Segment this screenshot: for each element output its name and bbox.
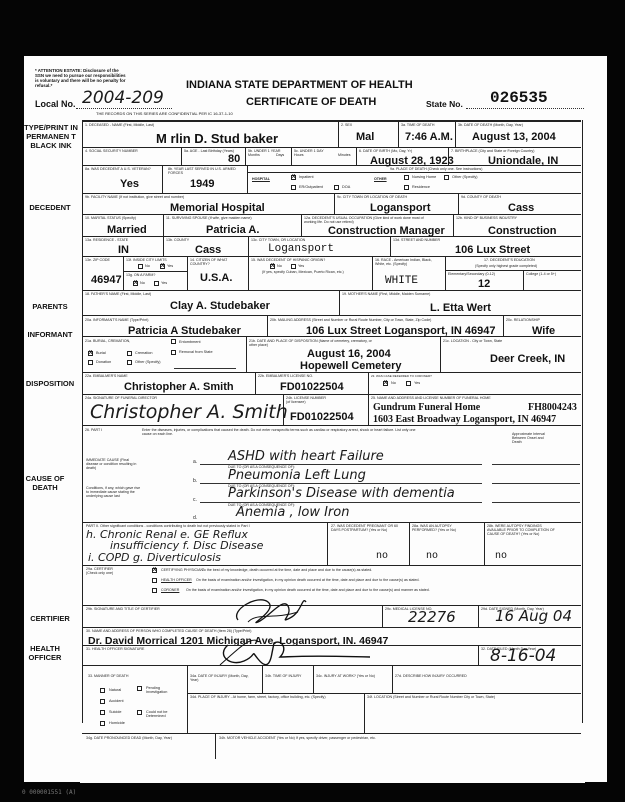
industry-label: 12b. KIND OF BUSINESS INDUSTRY xyxy=(456,216,517,220)
funeral-director-signature: Christopher A. Smith xyxy=(90,401,288,423)
homicide-label: Homicide xyxy=(109,721,125,725)
nursing-home-label: Nursing Home xyxy=(412,175,436,179)
inpatient-checkbox[interactable] xyxy=(291,175,296,180)
hispanic-note: (If yes, specify Cuban, Mexican, Puerto … xyxy=(262,270,362,274)
removal-label: Removal from State xyxy=(179,350,213,354)
part2-line-3: i. COPD g. Diverticulosis xyxy=(88,551,221,564)
cause-c: Parkinson's Disease with dementia xyxy=(228,486,455,501)
months-label: Months xyxy=(248,153,260,157)
suicide-checkbox[interactable] xyxy=(100,710,105,715)
veteran-label: 8a. WAS DECEDENT A U.S. VETERAN? xyxy=(85,167,155,171)
hospital-label: HOSPITAL xyxy=(252,177,270,181)
disposition-date-place-label: 21b. DATE AND PLACE OF DISPOSITION (Name… xyxy=(249,339,379,347)
row-divider xyxy=(82,733,581,734)
certificate-title: CERTIFICATE OF DEATH xyxy=(246,96,376,108)
col-divider xyxy=(382,605,383,627)
homicide-checkbox[interactable] xyxy=(100,721,105,726)
certifier-label: 29a. CERTIFIER (Check only one) xyxy=(86,567,116,575)
funeral-home-address: 1603 East Broadway Logansport, IN 46947 xyxy=(373,414,556,425)
side-label-health-officer: HEALTH OFFICER xyxy=(20,644,70,662)
col-divider xyxy=(163,214,164,236)
col-divider xyxy=(181,147,182,165)
disposition-location-label: 21c. LOCATION - City or Town, State xyxy=(443,339,502,343)
residence-checkbox[interactable] xyxy=(404,185,409,190)
referred-no-checkbox[interactable] xyxy=(383,381,388,386)
farm-no-label: No xyxy=(140,281,145,285)
burial-checkbox[interactable] xyxy=(88,351,93,356)
informant-name-label: 20a. INFORMANT'S NAME (Type/Print) xyxy=(85,318,148,322)
funeral-home-license: FH8004243 xyxy=(528,402,577,413)
col-divider xyxy=(364,693,365,733)
cause-c-letter: c. xyxy=(193,498,197,502)
health-officer-checkbox[interactable] xyxy=(152,578,157,583)
interval-c-line xyxy=(492,502,580,503)
farm-no-checkbox[interactable] xyxy=(133,281,138,286)
disposition-date: August 16, 2004 xyxy=(307,348,391,360)
row-divider xyxy=(82,193,581,194)
on-farm-label: 13g. ON A FARM? xyxy=(126,273,155,277)
hispanic-label: 15. WAS DECEDENT OF HISPANIC ORIGIN? xyxy=(251,258,325,262)
col-divider xyxy=(458,193,459,214)
accident-label: Accident xyxy=(109,699,124,703)
time-of-death-label: 3a. TIME OF DEATH xyxy=(401,123,434,127)
college-label: College (1-4 or 5+) xyxy=(526,272,556,276)
citizen-value: U.S.A. xyxy=(200,272,232,284)
col-divider xyxy=(356,147,357,165)
row-divider xyxy=(82,565,581,566)
row-divider xyxy=(187,693,581,694)
suicide-label: Suicide xyxy=(109,710,121,714)
col-divider xyxy=(215,733,216,759)
city-of-death-label: 9c. CITY TOWN OR LOCATION OF DEATH xyxy=(337,195,407,199)
donation-checkbox[interactable] xyxy=(88,360,93,365)
col-divider xyxy=(301,214,302,236)
cause-a: ASHD with heart Failure xyxy=(228,449,384,464)
residence-county: Cass xyxy=(195,244,221,256)
informant-name: Patricia A Studebaker xyxy=(128,325,241,337)
farm-yes-checkbox[interactable] xyxy=(154,281,159,286)
director-license: FD01022504 xyxy=(290,411,354,423)
cause-d: Anemia , low Iron xyxy=(236,505,349,520)
part1-label: 26. PART I xyxy=(85,428,102,432)
birthplace-value: Uniondale, IN xyxy=(488,155,558,167)
embalmer-name: Christopher A. Smith xyxy=(124,381,234,393)
row-divider xyxy=(82,627,581,628)
col-divider xyxy=(334,193,335,214)
facility-label: 9b. FACILITY NAME (If not institution, g… xyxy=(85,195,184,199)
doa-label: DOA xyxy=(342,185,350,189)
residence-city-label: 13c. CITY TOWN, OR LOCATION xyxy=(251,238,305,242)
residence-street: 106 Lux Street xyxy=(455,244,530,256)
removal-checkbox[interactable] xyxy=(171,350,176,355)
side-label-cause: CAUSE OF DEATH xyxy=(20,474,70,492)
er-outpatient-checkbox[interactable] xyxy=(291,185,296,190)
elementary-label: Elementary/Secondary (0-12) xyxy=(448,272,495,276)
autopsy-label: 28a. WAS AN AUTOPSY PERFORMED? (Yes or N… xyxy=(412,524,472,532)
row-divider xyxy=(82,394,581,395)
col-divider xyxy=(503,315,504,336)
surviving-spouse: Patricia A. xyxy=(206,224,259,236)
col-divider xyxy=(478,605,479,627)
place-of-injury-label: 34d. PLACE OF INJURY - At home, farm, st… xyxy=(190,695,340,699)
city-limits-no-checkbox[interactable] xyxy=(138,264,143,269)
other-place-label: OTHER xyxy=(374,177,387,181)
age-value: 80 xyxy=(228,153,240,165)
dob-label: 6. DATE OF BIRTH (Mo, Day, Yr) xyxy=(359,149,412,153)
injury-location-label: 34f. LOCATION (Street and Number or Rura… xyxy=(367,695,495,699)
residence-city: Logansport xyxy=(268,243,334,255)
residence-county-label: 13b. COUNTY xyxy=(166,238,189,242)
occupation: Construction Manager xyxy=(328,225,445,237)
health-officer-signature xyxy=(210,635,375,669)
local-no-line xyxy=(76,108,172,109)
col-divider xyxy=(187,256,188,290)
deceased-name: M rlin D. Stud baker xyxy=(156,131,278,146)
health-officer-signature-label: 31. HEALTH OFFICER SIGNATURE xyxy=(86,647,144,651)
city-limits-yes-label: Yes xyxy=(167,264,173,268)
col-divider xyxy=(246,336,247,372)
col-divider xyxy=(440,336,441,372)
col-divider xyxy=(484,522,485,565)
disposition-location: Deer Creek, IN xyxy=(490,353,565,365)
referred-no-label: No xyxy=(391,381,396,385)
age-label: 5a. AGE - Last Birthday (Years) xyxy=(184,149,234,153)
row-divider xyxy=(82,605,581,606)
surviving-spouse-label: 11. SURVIVING SPOUSE (If wife, give maid… xyxy=(166,216,252,220)
certifier-signature-label: 29b. SIGNATURE AND TITLE OF CERTIFIER xyxy=(86,607,160,611)
side-label-decedent: DECEDENT xyxy=(20,203,80,212)
hispanic-yes-label: Yes xyxy=(298,264,304,268)
col-divider xyxy=(267,315,268,336)
row-divider xyxy=(82,290,581,291)
sex-label: 2. SEX xyxy=(341,123,352,127)
col-divider xyxy=(523,270,524,290)
race-label: 16. RACE - American Indian, Black, White… xyxy=(375,258,440,266)
date-of-death-label: 3b. DATE OF DEATH (Month, Day, Year) xyxy=(458,123,523,127)
state-no-line xyxy=(466,108,584,109)
col-divider xyxy=(162,165,163,193)
col-divider xyxy=(455,120,456,147)
conditions-label: Conditions, if any, which gave rise to i… xyxy=(86,486,141,499)
cause-b: Pneumonia Left Lung xyxy=(228,468,366,483)
sex-value: Mal xyxy=(356,131,374,143)
attention-notice: * ATTENTION ESTATE: Disclosure of the SS… xyxy=(35,68,127,88)
embalmer-license: FD01022504 xyxy=(280,381,344,393)
col-divider xyxy=(255,372,256,394)
health-officer-text: On the basis of examination and/or inves… xyxy=(196,578,420,582)
col-divider xyxy=(445,256,446,290)
health-officer-label: HEALTH OFFICER xyxy=(161,578,192,582)
education-label: 17. DECEDENT'S EDUCATION xyxy=(484,258,535,262)
immediate-cause-label: IMMEDIATE CAUSE (Final disease or condit… xyxy=(86,458,141,471)
ssn-label: 4. SOCIAL SECURITY NUMBER xyxy=(85,149,138,153)
entombment-label: Entombment xyxy=(179,340,201,344)
residence-street-label: 13d. STREET AND NUMBER xyxy=(393,238,440,242)
entombment-checkbox[interactable] xyxy=(171,339,176,344)
residence-label: Residence xyxy=(412,185,430,189)
deceased-name-label: 1. DECEASED - NAME (First, Middle, Last) xyxy=(85,123,154,127)
other-disposition-checkbox[interactable] xyxy=(127,360,132,365)
disposition-place: Hopewell Cemetery xyxy=(300,360,401,372)
interval-b-line xyxy=(492,483,580,484)
donation-label: Donation xyxy=(96,360,111,364)
citizen-label: 14. CITIZEN OF WHAT COUNTRY? xyxy=(190,258,240,266)
embalmer-name-label: 22a. EMBALMER'S NAME xyxy=(85,374,128,378)
col-divider xyxy=(187,665,188,733)
col-divider xyxy=(123,256,124,290)
race-value: WHITE xyxy=(385,275,418,287)
cremation-label: Cremation xyxy=(135,351,153,355)
undetermined-label: Could not be Determined xyxy=(146,710,174,718)
certifying-physician-text: To the best of my knowledge, death occur… xyxy=(202,568,372,572)
relationship-value: Wife xyxy=(532,325,555,337)
row-divider xyxy=(82,665,581,666)
hispanic-no-checkbox[interactable] xyxy=(270,264,275,269)
col-divider xyxy=(247,165,248,193)
mother-name: L. Etta Wert xyxy=(430,302,491,314)
col-divider xyxy=(245,147,246,165)
row-divider xyxy=(82,147,581,148)
other-specify-label: Other (Specify) xyxy=(452,175,478,179)
natural-checkbox[interactable] xyxy=(100,688,105,693)
certifying-physician-checkbox[interactable] xyxy=(152,568,157,573)
education-note: (Specify only highest grade completed) xyxy=(475,264,537,268)
completed-by-label: 30. NAME AND ADDRESS OF PERSON WHO COMPL… xyxy=(86,629,251,633)
row-divider xyxy=(82,372,581,373)
city-limits-yes-checkbox[interactable] xyxy=(160,264,165,269)
col-divider xyxy=(478,645,479,665)
year-served-value: 1949 xyxy=(190,178,214,190)
minutes-label: Minutes xyxy=(338,153,351,157)
marital-status: Married xyxy=(107,224,147,236)
row-divider xyxy=(247,172,581,173)
col-divider xyxy=(392,665,393,693)
date-of-death: August 13, 2004 xyxy=(472,131,556,143)
row-divider xyxy=(82,256,581,257)
col-divider xyxy=(313,665,314,693)
row-divider xyxy=(123,271,187,272)
date-signed: 16 Aug 04 xyxy=(495,607,572,625)
col-divider xyxy=(262,665,263,693)
certifier-signature xyxy=(228,592,310,630)
elementary-value: 12 xyxy=(478,278,490,290)
injury-date-label: 34a. DATE OF INJURY (Month, Day, Year) xyxy=(190,674,250,682)
hispanic-yes-checkbox[interactable] xyxy=(291,264,296,269)
interval-a-line xyxy=(492,464,580,465)
coroner-checkbox[interactable] xyxy=(152,588,157,593)
marital-status-label: 10. MARITAL STATUS (Specify) xyxy=(85,216,136,220)
side-label-parents: PARENTS xyxy=(20,302,80,311)
doa-checkbox[interactable] xyxy=(334,185,339,190)
scan-id: 0 000001551 (A) xyxy=(22,789,76,796)
time-of-death: 7:46 A.M. xyxy=(405,131,453,143)
autopsy-findings-value: no xyxy=(495,551,507,562)
manner-of-death-label: 33. MANNER OF DEATH xyxy=(88,674,128,678)
col-divider xyxy=(339,290,340,315)
occupation-label: 12a. DECEDENT'S USUAL OCCUPATION (Give k… xyxy=(304,216,434,224)
col-divider xyxy=(291,147,292,165)
residence-state-label: 13a. RESIDENCE - STATE xyxy=(85,238,128,242)
cremation-checkbox[interactable] xyxy=(127,351,132,356)
farm-yes-label: Yes xyxy=(161,281,167,285)
pending-label: Pending Investigation xyxy=(146,686,174,694)
other-disposition-label: Other (Specify) xyxy=(135,360,161,364)
director-license-label: 24b. LICENSE NUMBER (of licensee) xyxy=(286,396,326,404)
state-no-value: 026535 xyxy=(490,89,548,107)
col-divider xyxy=(398,120,399,147)
part1-instructions: Enter the diseases, injuries, or complic… xyxy=(142,428,422,436)
pending-checkbox[interactable] xyxy=(137,686,142,691)
col-divider xyxy=(390,236,391,256)
inpatient-label: Inpatient xyxy=(299,175,314,179)
cause-a-letter: a. xyxy=(193,460,197,464)
state-no-label: State No. xyxy=(426,99,463,109)
informant-address: 106 Lux Street Logansport, IN 46947 xyxy=(306,325,496,337)
cause-d-letter: d. xyxy=(193,516,197,520)
col-divider xyxy=(368,394,369,425)
col-divider xyxy=(327,522,328,565)
confidential-notice: THE RECORDS ON THIS SERIES ARE CONFIDENT… xyxy=(96,111,233,116)
col-divider xyxy=(368,372,369,394)
natural-label: Natural xyxy=(109,688,121,692)
relationship-label: 20c. RELATIONSHIP xyxy=(506,318,540,322)
col-divider xyxy=(163,236,164,256)
dob-value: August 28, 1923 xyxy=(370,155,454,167)
row-divider xyxy=(445,270,581,271)
father-name-label: 18. FATHER'S NAME (First, Middle, Last) xyxy=(85,292,151,296)
funeral-director-signature-label: 24a. SIGNATURE OF FUNERAL DIRECTOR xyxy=(85,396,157,400)
col-divider xyxy=(248,236,249,256)
local-no-label: Local No. xyxy=(35,99,76,109)
father-name: Clay A. Studebaker xyxy=(170,300,270,312)
days-label: Days xyxy=(276,153,284,157)
row-divider xyxy=(82,522,581,523)
residence-state: IN xyxy=(118,244,129,256)
pregnant-value: no xyxy=(376,551,388,562)
referred-to-coroner-label: 23. WAS CASE REFERRED TO CORONER? xyxy=(371,374,432,378)
interval-label: Approximate Interval Between Onset and D… xyxy=(512,432,547,445)
place-of-death-label: 9a. PLACE OF DEATH (Check only one. See … xyxy=(390,167,482,171)
funeral-home-name: Gundrum Funeral Home xyxy=(373,402,480,413)
injury-at-work-label: 34c. INJURY AT WORK? (Yes or No) xyxy=(316,674,376,678)
zip-value: 46947 xyxy=(91,274,122,286)
inside-city-limits-label: 13f. INSIDE CITY LIMITS xyxy=(126,258,167,262)
local-no-value: 2004-209 xyxy=(82,88,164,108)
row-divider xyxy=(82,425,581,426)
er-outpatient-label: ER/Outpatient xyxy=(299,185,323,189)
accident-checkbox[interactable] xyxy=(100,699,105,704)
hours-label: Hours xyxy=(294,153,304,157)
medical-license: 22276 xyxy=(408,608,456,626)
city-limits-no-label: No xyxy=(145,264,150,268)
embalmer-license-label: 22b. EMBALMER'S LICENSE NO. xyxy=(258,374,313,378)
coroner-label: CORONER xyxy=(161,588,179,592)
side-label-informant: INFORMANT xyxy=(20,330,80,339)
side-label-certifier: CERTIFIER xyxy=(20,614,80,623)
date-filed: 8-16-04 xyxy=(490,646,556,666)
col-divider xyxy=(338,120,339,147)
undetermined-checkbox[interactable] xyxy=(137,710,142,715)
industry: Construction xyxy=(488,225,556,237)
county-of-death-label: 9d. COUNTY OF DEATH xyxy=(461,195,501,199)
side-label-disposition: DISPOSITION xyxy=(20,379,80,388)
burial-label: Burial xyxy=(96,351,106,355)
cause-b-letter: b. xyxy=(193,479,197,483)
motor-vehicle-label: 34h. MOTOR VEHICLE ACCIDENT (Yes or No) … xyxy=(219,736,376,740)
referred-yes-checkbox[interactable] xyxy=(406,381,411,386)
injury-time-label: 34b. TIME OF INJURY xyxy=(265,674,305,678)
col-divider xyxy=(453,214,454,236)
mother-name-label: 19. MOTHER'S NAME (First, Middle, Maiden… xyxy=(342,292,430,296)
veteran-value: Yes xyxy=(120,178,139,190)
autopsy-value: no xyxy=(426,551,438,562)
referred-yes-label: Yes xyxy=(414,381,420,385)
disposition-method-label: 21a. BURIAL, CREMATION, xyxy=(85,339,130,343)
describe-injury-label: 27d. DESCRIBE HOW INJURY OCCURRED xyxy=(395,674,467,678)
top-rule xyxy=(82,120,581,122)
form-bottom-mask xyxy=(80,759,585,783)
year-served-label: 8b. YEAR LAST SERVED IN U.S. ARMED FORCE… xyxy=(168,167,238,175)
zip-label: 13e. ZIP CODE xyxy=(85,258,110,262)
birthplace-label: 7. BIRTHPLACE (City and State or Foreign… xyxy=(451,149,534,153)
department-title: INDIANA STATE DEPARTMENT OF HEALTH xyxy=(186,79,413,91)
col-divider xyxy=(409,522,410,565)
side-label-type-print: TYPE/PRINT IN PERMANEN T BLACK INK xyxy=(20,123,82,150)
pregnant-label: 27. WAS DECEDENT PREGNANT OR 60 DAYS POS… xyxy=(331,524,401,532)
autopsy-findings-label: 28b. WERE AUTOPSY FINDINGS AVAILABLE PRI… xyxy=(487,524,557,537)
city-of-death: Logansport xyxy=(370,202,431,214)
funeral-home-label: 25. NAME AND ADDRESS AND LICENSE NUMBER … xyxy=(371,396,491,400)
informant-address-label: 20b. MAILING ADDRESS (Street and Number … xyxy=(270,318,431,322)
facility-value: Memorial Hospital xyxy=(170,202,265,214)
row-divider xyxy=(82,214,581,215)
row-divider xyxy=(82,315,581,316)
other-specify-line xyxy=(174,368,236,369)
col-divider xyxy=(372,256,373,290)
col-divider xyxy=(248,256,249,290)
other-specify-checkbox[interactable] xyxy=(444,175,449,180)
date-pronounced-label: 34g. DATE PRONOUNCED DEAD (Month, Day, Y… xyxy=(86,736,172,740)
hispanic-no-label: No xyxy=(277,264,282,268)
county-of-death: Cass xyxy=(508,202,534,214)
nursing-home-checkbox[interactable] xyxy=(404,175,409,180)
certifying-physician-label: CERTIFYING PHYSICIAN xyxy=(161,568,203,572)
